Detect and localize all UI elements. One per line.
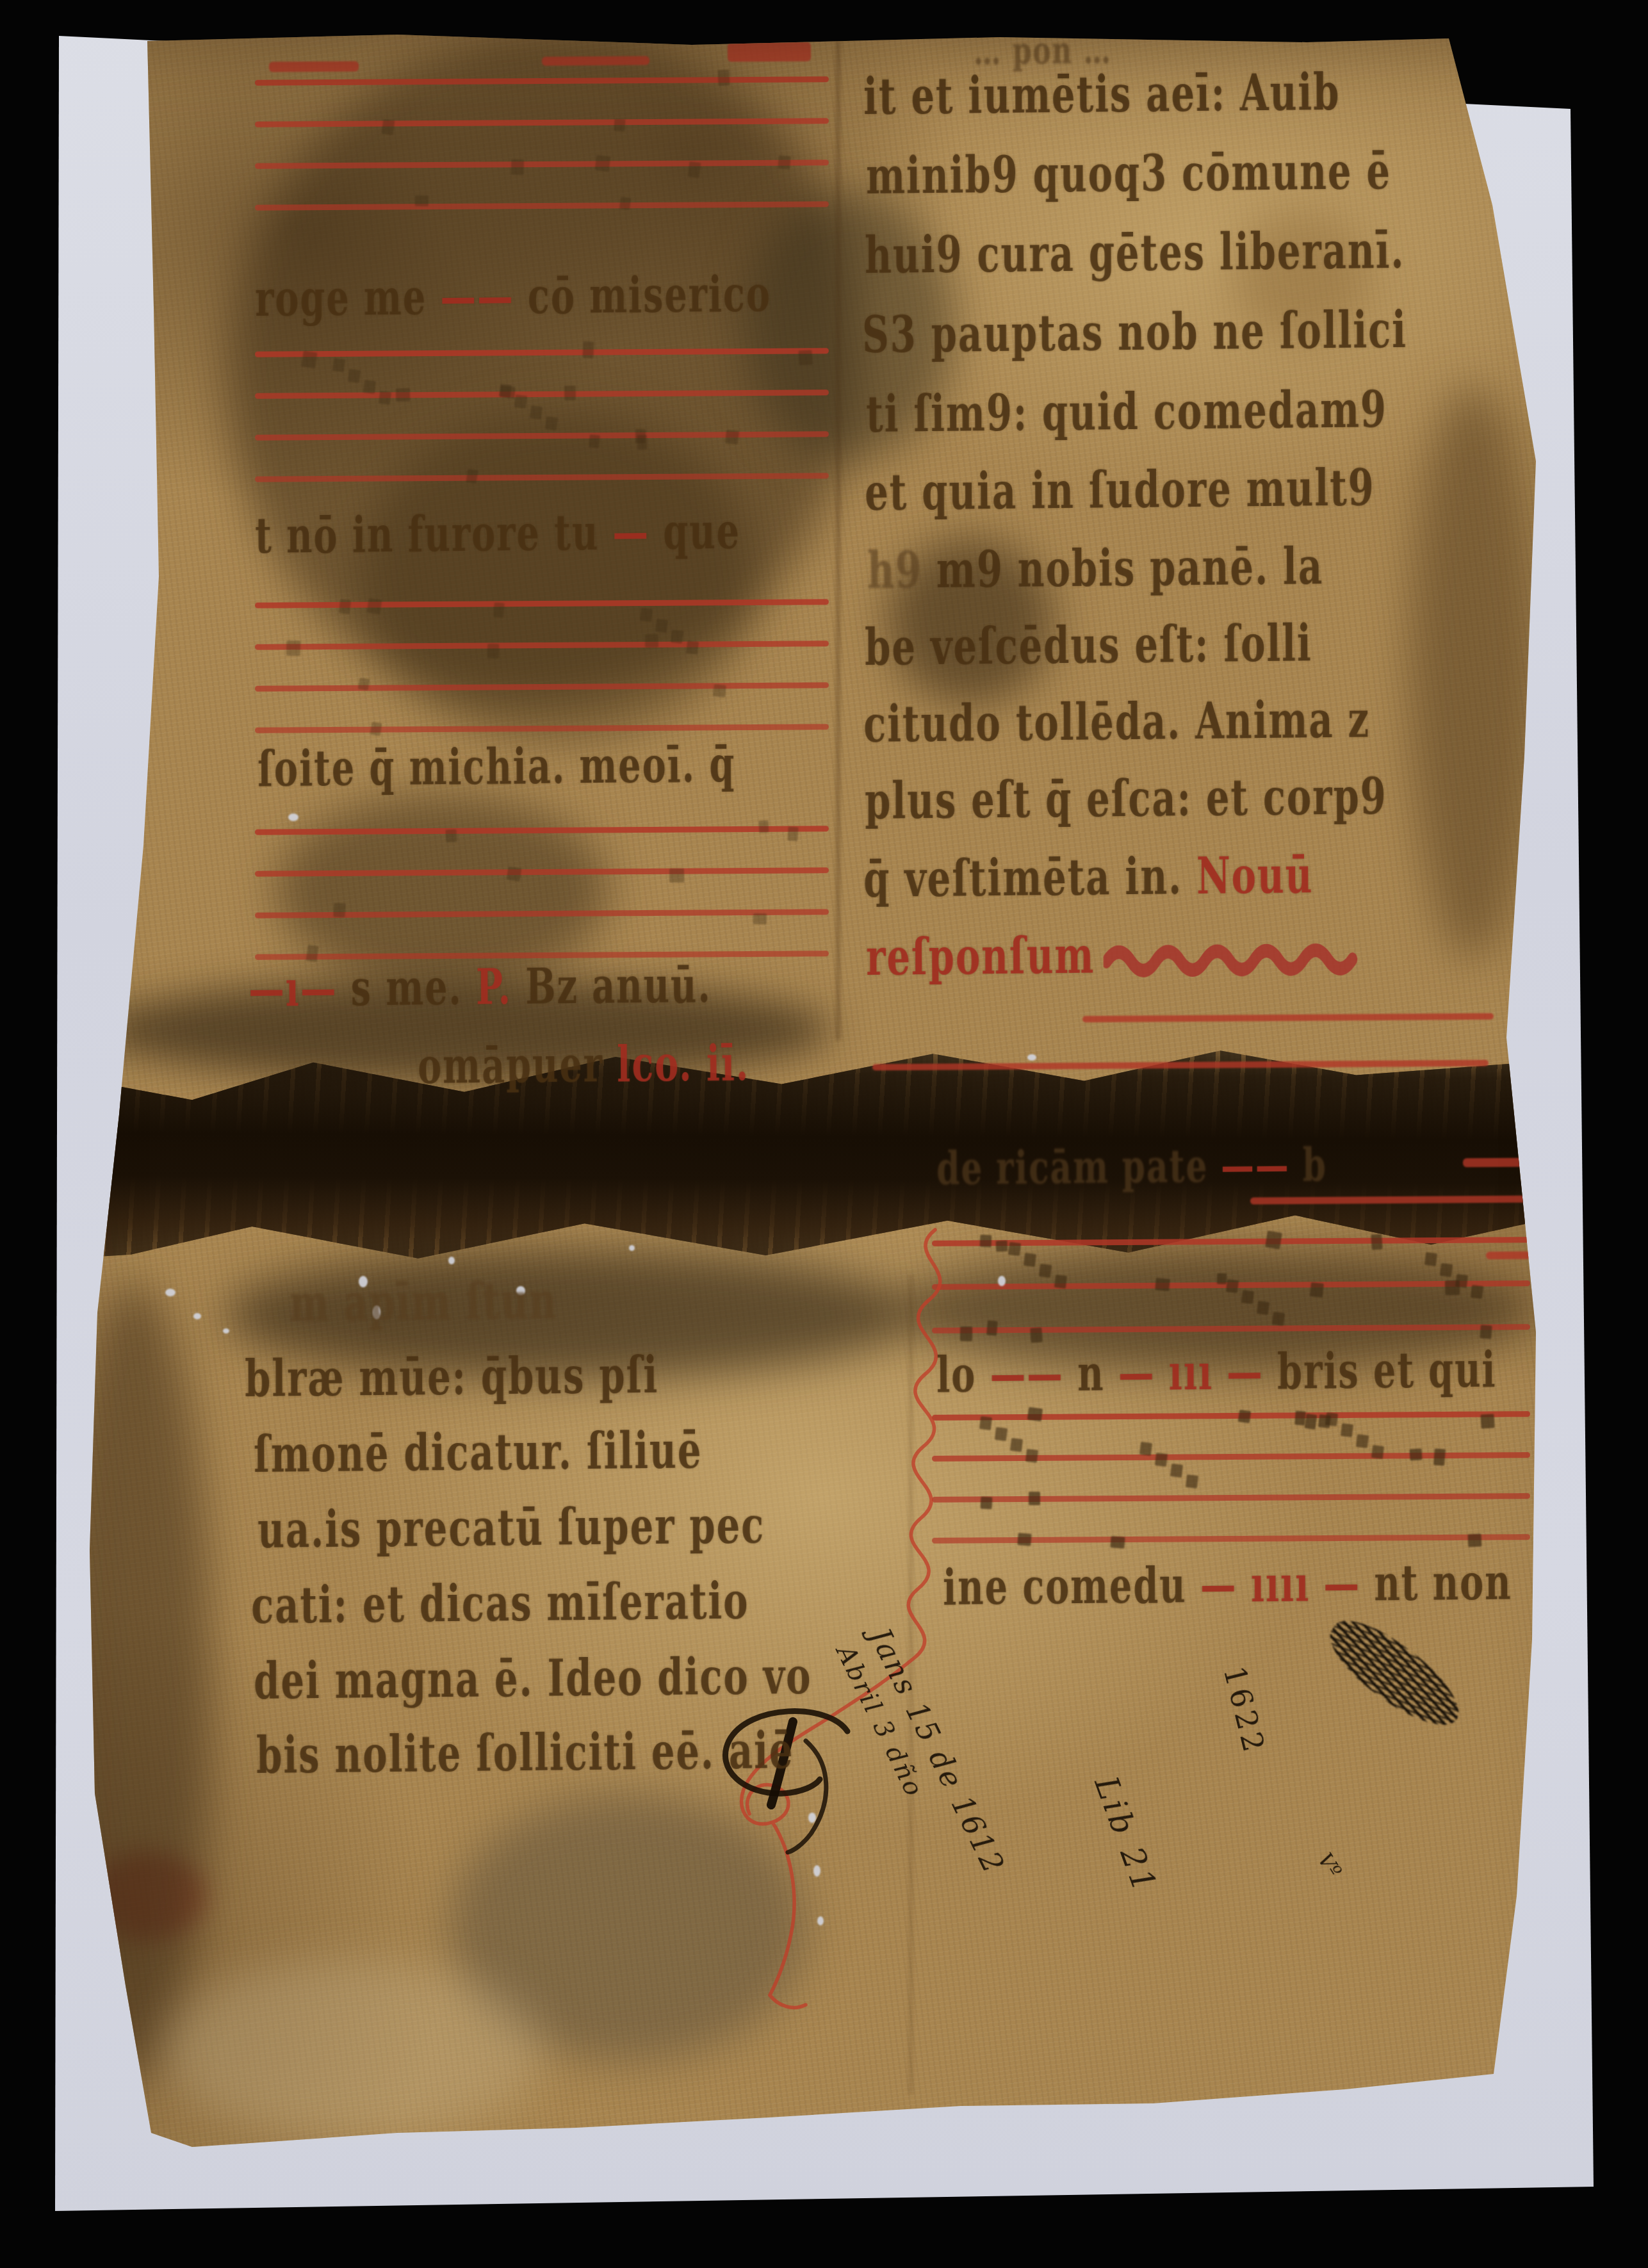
neume (1272, 1312, 1285, 1326)
verso-mark: Vº (1313, 1848, 1346, 1882)
neume (332, 358, 345, 372)
neume (1139, 1442, 1152, 1456)
neume (1217, 1273, 1227, 1284)
neume (366, 598, 382, 615)
manuscript-text-line: dei magna ē. Ideo dico vo (254, 1651, 812, 1708)
staff-fragment (542, 56, 649, 65)
text-segment: plus eſt q̄ eſca: et corp9 (865, 767, 1387, 831)
text-segment: nt non (1374, 1553, 1512, 1612)
neume (778, 156, 791, 170)
text-segment: ine comedu (943, 1556, 1200, 1617)
text-segment: ſmonē dicatur. ſiliuē (254, 1421, 703, 1485)
neume (339, 599, 351, 614)
neume (635, 429, 646, 444)
text-segment: dei magna ē. Ideo dico vo (254, 1647, 812, 1711)
neume (713, 684, 726, 698)
text-segment: et quia in ſudore mult9 (865, 459, 1375, 523)
neume (510, 159, 524, 174)
chant-text-line: t nō in furore tu — que (255, 507, 740, 560)
neume (564, 386, 576, 401)
chant-text-line: roge me —— cō miserico (255, 269, 771, 323)
neume (1186, 1474, 1198, 1489)
text-segment: blræ mūe: q̄bus pſi (245, 1346, 658, 1409)
neume (1025, 1449, 1038, 1463)
manuscript-text-line: ti ſim9: quid comedam9 (866, 384, 1387, 440)
staff-line (932, 1237, 1530, 1246)
staff-line (932, 1411, 1530, 1421)
neume (1481, 1414, 1496, 1429)
neume (996, 1241, 1008, 1252)
chant-text-line: lo —— n — ııı — bris et qui (936, 1345, 1497, 1399)
neume (995, 1427, 1008, 1441)
gutter-crease (836, 41, 840, 1040)
text-segment: cati: et dicas mīſeratio (251, 1572, 749, 1636)
chant-text-line: ine comedu — ıııı — nt non (943, 1557, 1512, 1611)
neume (382, 119, 395, 135)
text-segment: m apīm ſtun (290, 1271, 557, 1333)
neume (759, 820, 769, 833)
text-segment: —— (990, 1344, 1077, 1403)
neume (396, 388, 411, 402)
rubric-text: reſponſum (866, 926, 1095, 988)
red-pen-flourish (717, 1217, 986, 2050)
manuscript-text-line: m apīm ſtun (290, 1276, 557, 1329)
chant-text-line: de ricām pate —— b (936, 1141, 1327, 1191)
text-segment: hui9 cura gētes liberanī. (865, 221, 1405, 285)
neume (1017, 1533, 1031, 1546)
text-segment: t nō in furore tu (255, 503, 613, 564)
neume (1010, 1438, 1023, 1452)
hole-fleck (1027, 1054, 1036, 1061)
chant-text-line: ſoite q̄ michia. meoī. q̄ (257, 740, 735, 794)
hole-fleck (288, 813, 298, 821)
manuscript-text-line: h9 m9 nobis panē. la (867, 541, 1323, 596)
parchment-stain (359, 410, 756, 743)
text-segment: — ııı — (1118, 1342, 1278, 1401)
neume (595, 155, 611, 172)
neume (545, 416, 558, 430)
manuscript-text-line: plus eſt q̄ eſca: et corp9 (865, 771, 1387, 827)
neume (514, 395, 527, 409)
neume (1241, 1290, 1254, 1304)
chant-text-line: omāpuer lco. iī. (418, 1038, 749, 1091)
manuscript-text-line: bis nolite ſolliciti eē. aiē (256, 1725, 794, 1781)
neume (619, 197, 631, 210)
text-segment: lo (936, 1346, 990, 1404)
neume (1455, 1274, 1468, 1288)
manuscript-text-line: minib9 quoq3 cōmune ē (866, 146, 1391, 202)
neume (1294, 1410, 1305, 1425)
hole-fleck (629, 1245, 635, 1251)
neume (725, 430, 739, 445)
text-segment: cō miserico (528, 265, 771, 325)
text-segment: —— (440, 267, 528, 325)
manuscript-text-line: S3 pauptas nob ne ſollici (862, 305, 1407, 361)
parchment-stain (160, 1960, 544, 2139)
text-segment: it et iumētis aeī: Auib (863, 63, 1341, 127)
neume (1028, 1492, 1040, 1505)
neume (1468, 1534, 1482, 1547)
neume (348, 369, 361, 383)
neume (1424, 1252, 1437, 1266)
neume (1024, 1253, 1036, 1267)
neume (286, 640, 301, 656)
neume (1356, 1434, 1369, 1448)
crossed-out-scribble (1317, 1606, 1474, 1742)
manuscript-text-line: hui9 cura gētes liberanī. (865, 225, 1405, 281)
text-segment: m9 nobis panē. la (936, 537, 1324, 600)
staff-fragment (1486, 1252, 1531, 1259)
neume (589, 434, 600, 448)
neume (1039, 1264, 1052, 1278)
text-segment: P. (476, 958, 526, 1015)
neume (1471, 1285, 1483, 1299)
neume (614, 119, 626, 132)
neume (1409, 1448, 1422, 1460)
neume (640, 608, 653, 622)
text-segment: q̄ veſtimēta in. (863, 847, 1196, 909)
neume (669, 869, 684, 883)
neume (582, 341, 594, 359)
neume (379, 391, 391, 405)
neume (1371, 1234, 1382, 1250)
rubric-text-line: reſponſum (866, 927, 1368, 983)
neume (1433, 1448, 1446, 1465)
text-segment: roge me (255, 268, 441, 328)
neume (1054, 1275, 1067, 1289)
neume (1027, 1407, 1043, 1421)
text-segment: que (663, 502, 740, 560)
manuscript-text-line: ſmonē dicatur. ſiliuē (254, 1425, 703, 1480)
neume (363, 380, 376, 394)
neume (1325, 1412, 1338, 1426)
text-segment: omāpuer (418, 1035, 617, 1095)
text-segment: de ricām pate (936, 1138, 1221, 1195)
neume (370, 722, 382, 737)
neume (753, 913, 766, 924)
neume (1341, 1423, 1353, 1437)
manuscript-text-line: blræ mūe: q̄bus pſi (245, 1350, 658, 1405)
hole-fleck (448, 1257, 455, 1264)
neume (1257, 1301, 1269, 1315)
manuscript-text-line: it et iumētis aeī: Auib (863, 67, 1341, 122)
text-segment: — ıııı — (1200, 1554, 1375, 1613)
neume (1008, 1242, 1021, 1256)
neume (1371, 1445, 1384, 1459)
manuscript-text-line: be veſcēdus eſt: ſolli (865, 618, 1312, 673)
text-segment: S3 pauptas nob ne ſollici (862, 300, 1407, 365)
text-segment: ti ſim9: quid comedam9 (866, 380, 1387, 445)
neume (1440, 1263, 1453, 1277)
neume (1155, 1278, 1171, 1291)
text-segment: Bz anuū. (525, 956, 712, 1015)
neume (493, 602, 505, 617)
text-segment: —— (1221, 1138, 1303, 1193)
neume (487, 644, 499, 658)
neume (655, 619, 668, 633)
hole-fleck (193, 1313, 201, 1319)
neume (1030, 1327, 1042, 1342)
hole-fleck (165, 1289, 175, 1296)
neume (686, 640, 699, 655)
manuscript-text-line: et quia in ſudore mult9 (865, 462, 1375, 518)
text-segment: citudo tollēda. Anima z (863, 690, 1370, 755)
text-segment: be veſcēdus eſt: ſolli (865, 614, 1312, 678)
hole-fleck (998, 1276, 1006, 1286)
text-segment: ſoite q̄ michia. meoī. q̄ (257, 735, 735, 797)
photo-canvas: roge me —— cō miserico t nō in furore tu… (0, 0, 1648, 2268)
neume (357, 678, 369, 691)
neume (1155, 1453, 1168, 1467)
neume (530, 405, 543, 420)
neume (499, 384, 512, 398)
manuscript-text-line: q̄ veſtimēta in. Nouū (863, 850, 1314, 905)
text-segment: bris et qui (1277, 1341, 1497, 1400)
text-segment: h9 (867, 541, 936, 600)
staff-fragment (269, 61, 359, 72)
staff-line (932, 1493, 1530, 1503)
neume (645, 634, 658, 648)
manuscript-text-line: cati: et dicas mīſeratio (251, 1576, 749, 1632)
parchment-bifolium: roge me —— cō miserico t nō in furore tu… (0, 0, 1648, 2268)
staff-fragment (1082, 1013, 1494, 1022)
neume (334, 903, 346, 917)
text-segment: s me. (351, 958, 477, 1017)
neume (1480, 1325, 1492, 1339)
neume (799, 350, 813, 366)
neume (1110, 1536, 1125, 1548)
neume (1238, 1410, 1251, 1423)
text-segment: ua.is precatū ſuper pec (257, 1496, 765, 1560)
manuscript-text-line: citudo tollēda. Anima z (863, 694, 1370, 750)
neume (415, 195, 428, 206)
neume (302, 351, 318, 368)
neume (671, 630, 683, 644)
neume (446, 829, 457, 842)
text-segment: b (1302, 1138, 1327, 1192)
neume (688, 161, 701, 178)
rubric-flourish (1104, 938, 1368, 978)
chant-text-line: —ı— s me. P. Bz anuū. (249, 960, 712, 1013)
text-segment: —ı— (249, 959, 351, 1018)
neume (1310, 1282, 1324, 1297)
neume (718, 70, 730, 86)
staff-fragment (728, 42, 811, 62)
neume (507, 867, 522, 882)
neume (1226, 1279, 1239, 1293)
text-segment: bis nolite ſolliciti eē. aiē (256, 1721, 794, 1785)
manuscript-text-line: ua.is precatū ſuper pec (257, 1500, 765, 1556)
neume (1170, 1464, 1183, 1478)
year-annotation: 1622 (1217, 1663, 1273, 1759)
text-segment: Nouū (1196, 846, 1314, 906)
text-segment: minib9 quoq3 cōmune ē (866, 142, 1391, 206)
neume (1265, 1231, 1282, 1250)
library-shelfmark: Lib 21 (1087, 1772, 1164, 1899)
neume (1304, 1414, 1317, 1430)
neume (986, 1320, 998, 1335)
text-segment: — (612, 503, 663, 561)
text-segment: lco. iī. (617, 1034, 749, 1093)
neume (787, 827, 798, 842)
text-segment: reſponſum (866, 926, 1095, 988)
text-segment: n (1077, 1344, 1118, 1402)
hole-fleck (223, 1328, 229, 1334)
